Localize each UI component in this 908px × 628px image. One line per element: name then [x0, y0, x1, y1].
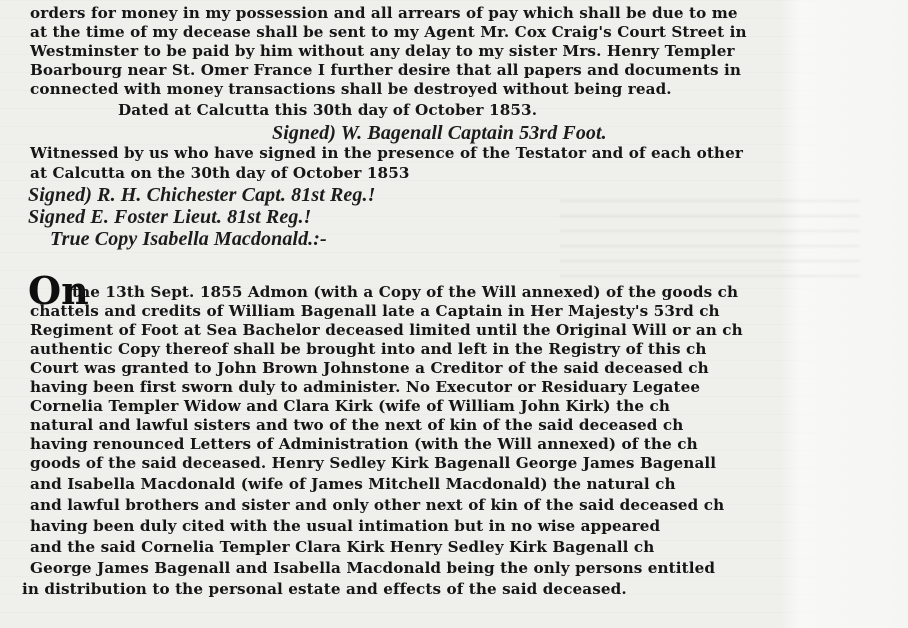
admin-line-7: Cornelia Templer Widow and Clara Kirk (w…: [30, 397, 670, 415]
admin-line-5: Court was granted to John Brown Johnston…: [30, 359, 709, 377]
witness-line-2: at Calcutta on the 30th day of October 1…: [30, 164, 410, 182]
admin-line-12: and lawful brothers and sister and only …: [30, 496, 724, 514]
admin-line-15: George James Bagenall and Isabella Macdo…: [30, 559, 715, 577]
will-line-2: at the time of my decease shall be sent …: [30, 23, 747, 41]
admin-line-4: authentic Copy thereof shall be brought …: [30, 340, 707, 358]
will-line-4: Boarbourg near St. Omer France I further…: [30, 61, 741, 79]
admin-line-2: chattels and credits of William Bagenall…: [30, 302, 720, 320]
admin-line-9: having renounced Letters of Administrati…: [30, 435, 698, 453]
witness-line-1: Witnessed by us who have signed in the p…: [30, 144, 743, 162]
admin-line-11: and Isabella Macdonald (wife of James Mi…: [30, 475, 676, 493]
admin-line-16: in distribution to the personal estate a…: [22, 580, 627, 598]
will-line-5: connected with money transactions shall …: [30, 80, 672, 98]
scanned-document-page: orders for money in my possession and al…: [0, 0, 908, 628]
admin-line-14: and the said Cornelia Templer Clara Kirk…: [30, 538, 654, 556]
dated-line: Dated at Calcutta this 30th day of Octob…: [118, 101, 537, 119]
admin-line-6: having been first sworn duly to administ…: [30, 378, 700, 396]
will-line-3: Westminster to be paid by him without an…: [30, 42, 735, 60]
admin-line-3: Regiment of Foot at Sea Bachelor decease…: [30, 321, 743, 339]
witness-signature-2: Signed E. Foster Lieut. 81st Reg.!: [28, 206, 311, 229]
witness-signature-1: Signed) R. H. Chichester Capt. 81st Reg.…: [28, 184, 375, 207]
admin-line-10: goods of the said deceased. Henry Sedley…: [30, 454, 716, 472]
true-copy-attestation: True Copy Isabella Macdonald.:-: [50, 228, 327, 251]
admin-line-13: having been duly cited with the usual in…: [30, 517, 660, 535]
bleed-through-texture: [560, 200, 860, 290]
admin-line-1: the 13th Sept. 1855 Admon (with a Copy o…: [72, 283, 738, 301]
will-line-1: orders for money in my possession and al…: [30, 4, 738, 22]
admin-line-8: natural and lawful sisters and two of th…: [30, 416, 683, 434]
testator-signature: Signed) W. Bagenall Captain 53rd Foot.: [272, 122, 607, 145]
